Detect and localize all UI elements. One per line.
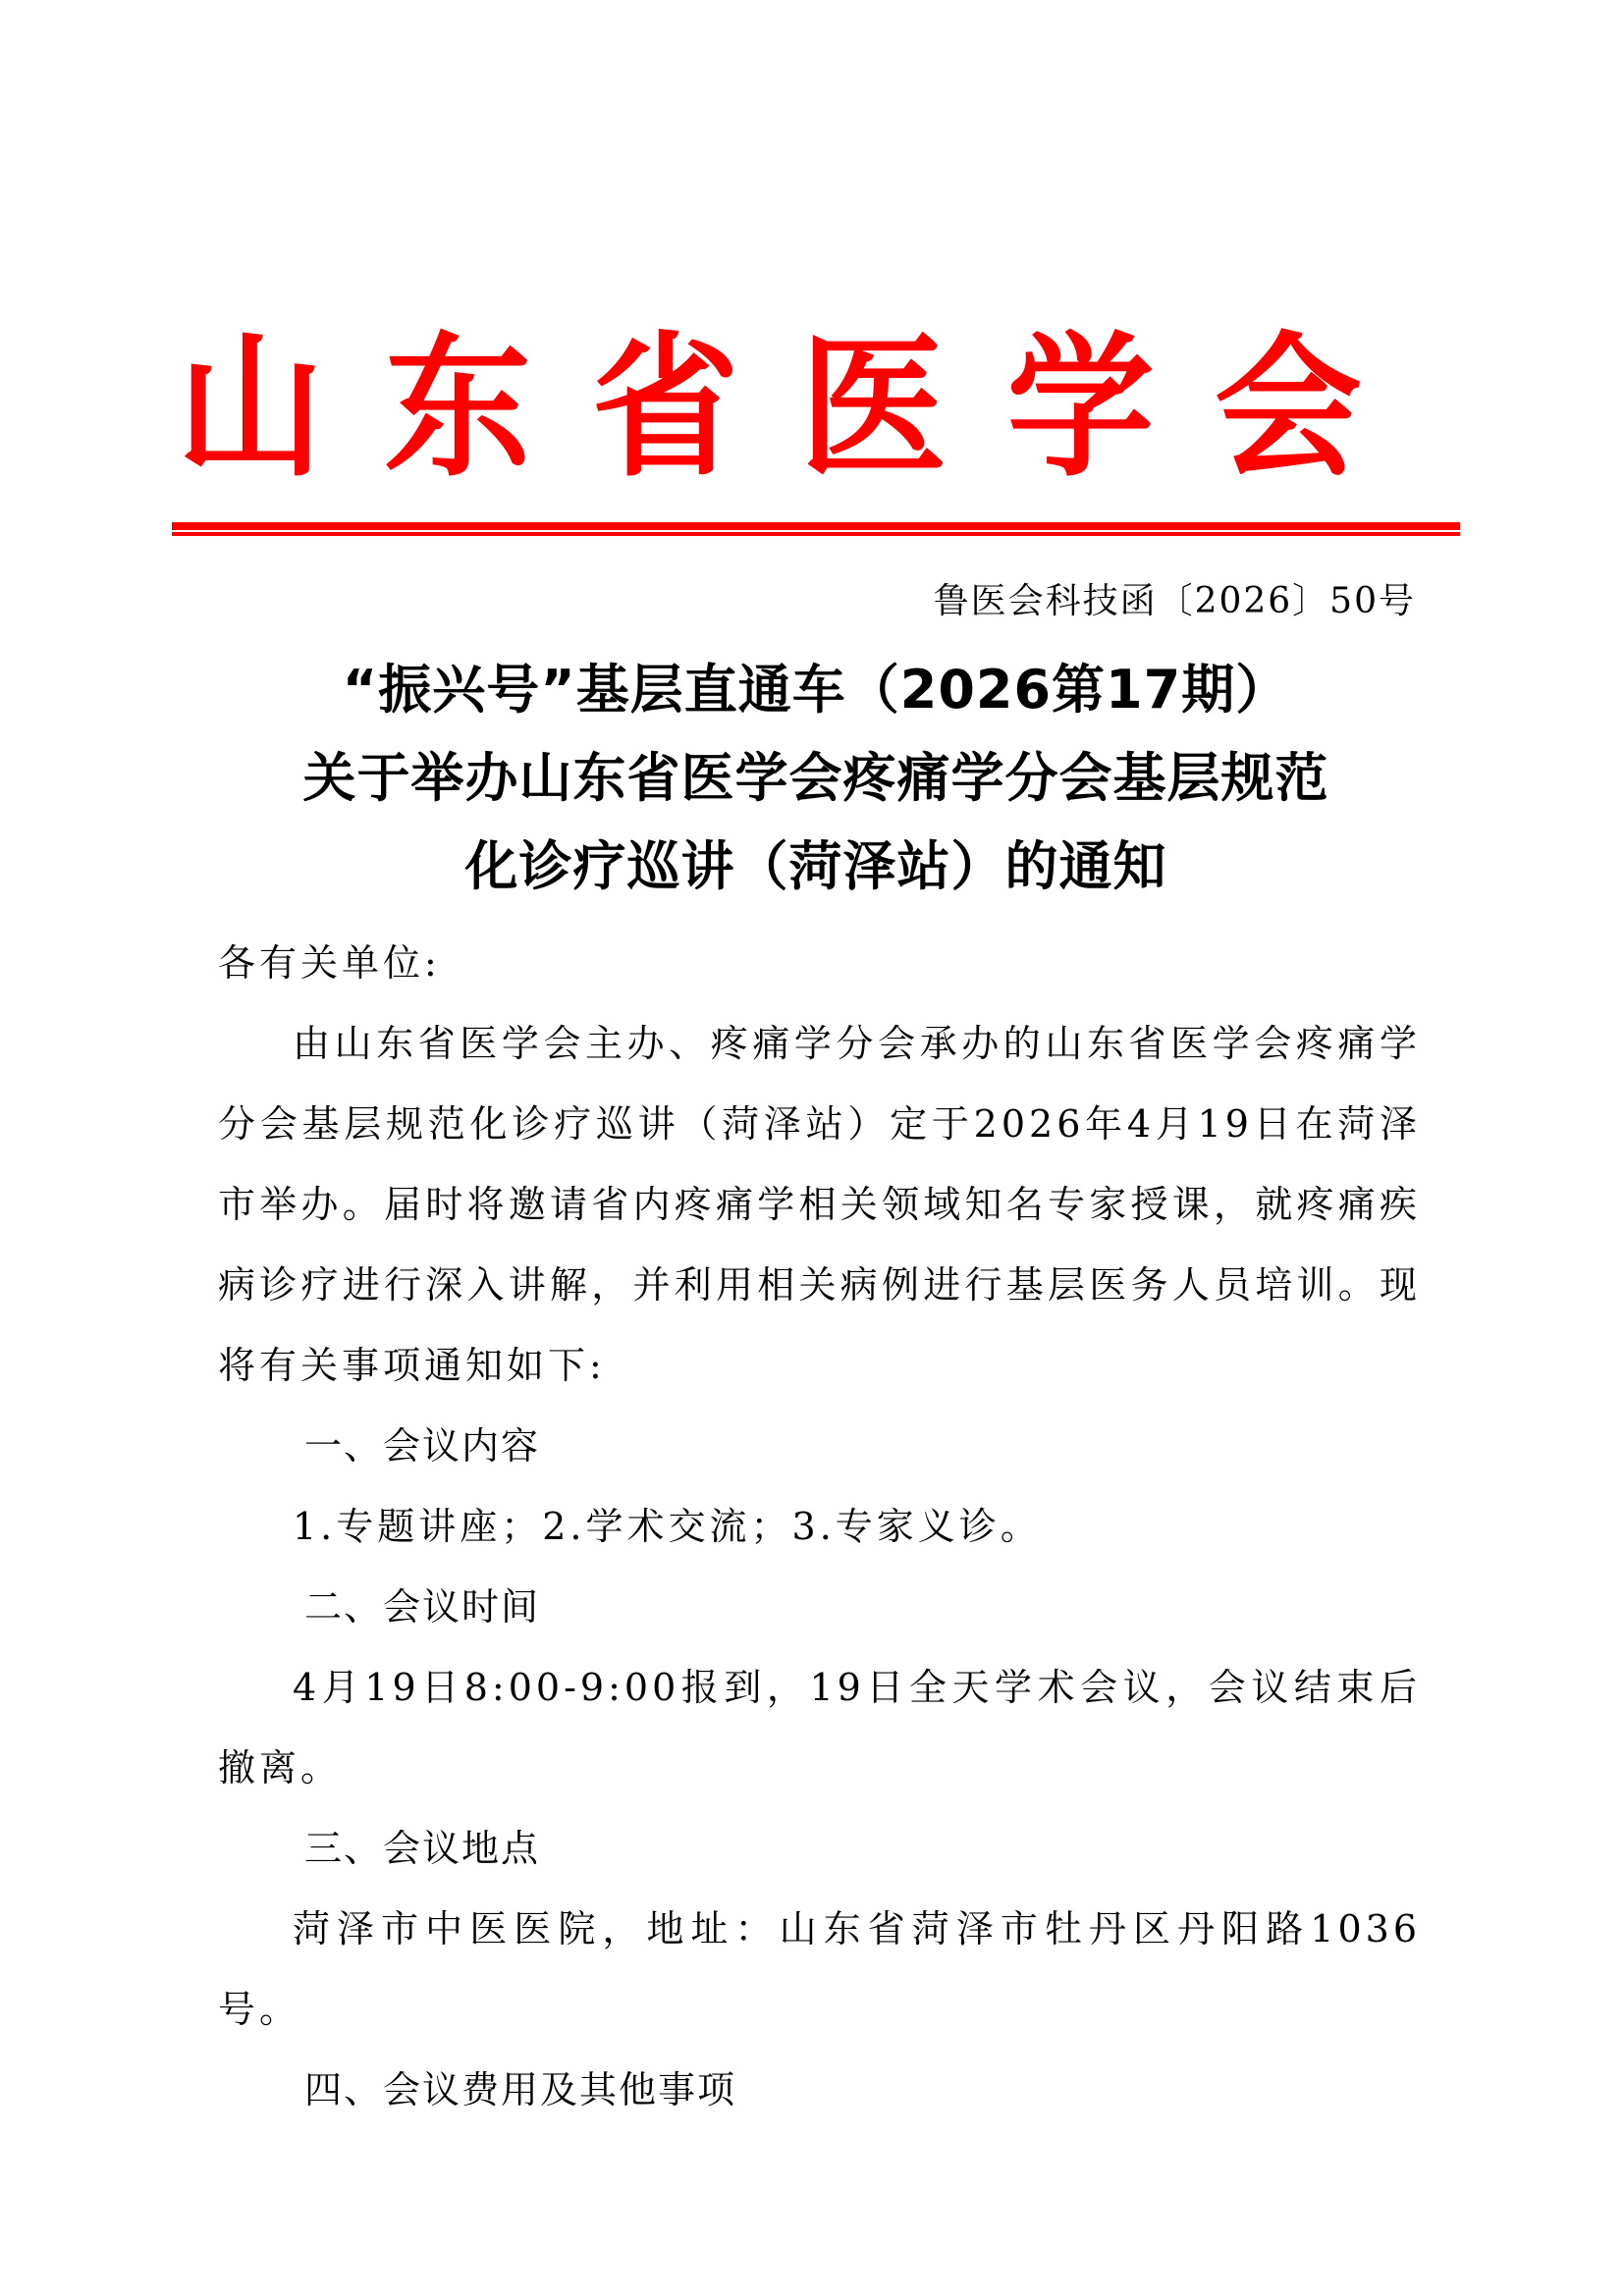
section-heading-time: 二、会议时间 [218,1567,1421,1647]
masthead-rule-thick [172,522,1460,530]
masthead-rule-thin [172,532,1460,536]
masthead-char: 医 [799,320,947,496]
masthead-char: 东 [384,320,531,496]
masthead-char: 会 [1215,320,1362,496]
masthead-org-name: 山 东 省 医 学 会 [172,324,1460,491]
section-heading-content: 一、会议内容 [218,1406,1421,1486]
section-content-location: 菏泽市中医医院，地址：山东省菏泽市牡丹区丹阳路1036号。 [218,1889,1421,2050]
masthead-char: 省 [592,320,739,496]
document-body: 各有关单位: 由山东省医学会主办、疼痛学分会承办的山东省医学会疼痛学分会基层规范… [218,923,1421,2130]
section-content-topics: 1.专题讲座；2.学术交流；3.专家义诊。 [218,1486,1421,1567]
title-line-1: “振兴号”基层直通车（2026第17期） [172,646,1460,734]
document-title: “振兴号”基层直通车（2026第17期） 关于举办山东省医学会疼痛学分会基层规范… [172,646,1460,911]
intro-paragraph: 由山东省医学会主办、疼痛学分会承办的山东省医学会疼痛学分会基层规范化诊疗巡讲（菏… [218,1003,1421,1406]
section-content-time: 4月19日8:00-9:00报到，19日全天学术会议，会议结束后撤离。 [218,1647,1421,1808]
masthead-char: 山 [177,320,324,496]
section-heading-fees: 四、会议费用及其他事项 [218,2050,1421,2130]
title-line-2: 关于举办山东省医学会疼痛学分会基层规范 [172,734,1460,823]
title-line-3: 化诊疗巡讲（菏泽站）的通知 [172,823,1460,911]
masthead-char: 学 [1007,320,1155,496]
section-heading-location: 三、会议地点 [218,1808,1421,1889]
salutation: 各有关单位: [218,923,1421,1003]
document-number: 鲁医会科技函〔2026〕50号 [934,574,1416,629]
